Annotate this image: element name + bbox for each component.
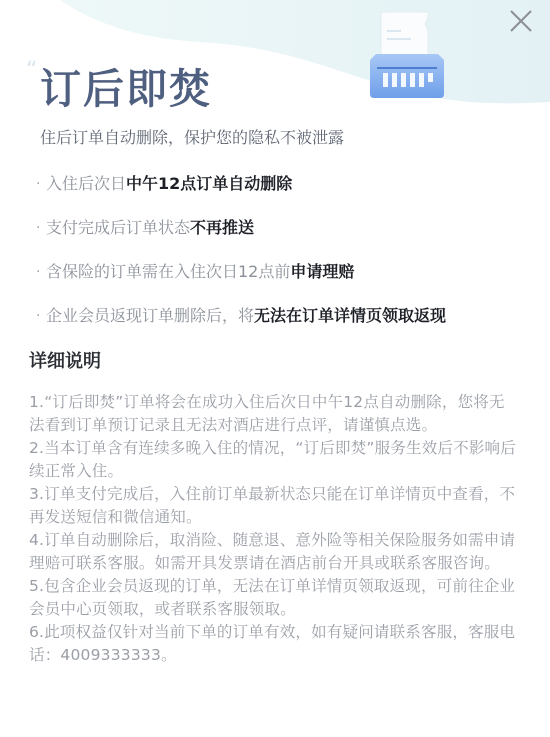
bullet-text: 入住后次日 [46,173,126,195]
details-item: 4.订单自动删除后，取消险、随意退、意外险等相关保险服务如需申请理赔可联系客服。… [29,529,519,575]
bullet-item: · 含保险的订单需在入住次日12点前申请理赔 [36,261,536,283]
details-item: 2.当本订单含有连续多晚入住的情况，“订后即焚”服务生效后不影响后续正常入住。 [29,437,519,483]
bullet-text: 企业会员返现订单删除后，将 [46,305,254,327]
quote-decoration-icon: “ [26,58,37,83]
details-item: 1.“订后即焚”订单将会在成功入住后次日中午12点自动删除，您将无法看到订单预订… [29,391,519,437]
bullet-dot-icon: · [36,217,46,239]
details-item: 5.包含企业会员返现的订单，无法在订单详情页领取返现，可前往企业会员中心页领取，… [29,575,519,621]
bullet-item: · 入住后次日中午12点订单自动删除 [36,173,536,195]
bullet-dot-icon: · [36,305,46,327]
bullet-dot-icon: · [36,261,46,283]
bullet-text: 支付完成后订单状态 [46,217,190,239]
bullet-item: · 企业会员返现订单删除后，将无法在订单详情页领取返现 [36,305,536,327]
bullet-emphasis: 申请理赔 [290,261,354,283]
document-shredder-icon [366,8,448,98]
bullet-emphasis: 无法在订单详情页领取返现 [254,305,446,327]
bullet-text: 含保险的订单需在入住次日12点前 [46,261,290,283]
order-burn-info-dialog: “ 订后即焚 住后订单自动删除， [0,0,550,737]
dialog-title: 订后即焚 [40,63,212,115]
details-heading: 详细说明 [29,349,101,375]
bullet-emphasis: 中午12点订单自动删除 [126,173,292,195]
bullet-emphasis: 不再推送 [190,217,254,239]
details-list: 1.“订后即焚”订单将会在成功入住后次日中午12点自动删除，您将无法看到订单预订… [29,391,519,667]
bullet-item: · 支付完成后订单状态不再推送 [36,217,536,239]
close-icon[interactable] [506,6,536,36]
bullet-dot-icon: · [36,173,46,195]
details-item: 6.此项权益仅针对当前下单的订单有效，如有疑问请联系客服，客服电话：400933… [29,621,519,667]
close-button[interactable] [506,6,536,36]
dialog-subtitle: 住后订单自动删除，保护您的隐私不被泄露 [40,127,344,149]
details-item: 3.订单支付完成后，入住前订单最新状态只能在订单详情页中查看，不再发送短信和微信… [29,483,519,529]
feature-bullet-list: · 入住后次日中午12点订单自动删除 · 支付完成后订单状态不再推送 · 含保险… [36,173,536,349]
